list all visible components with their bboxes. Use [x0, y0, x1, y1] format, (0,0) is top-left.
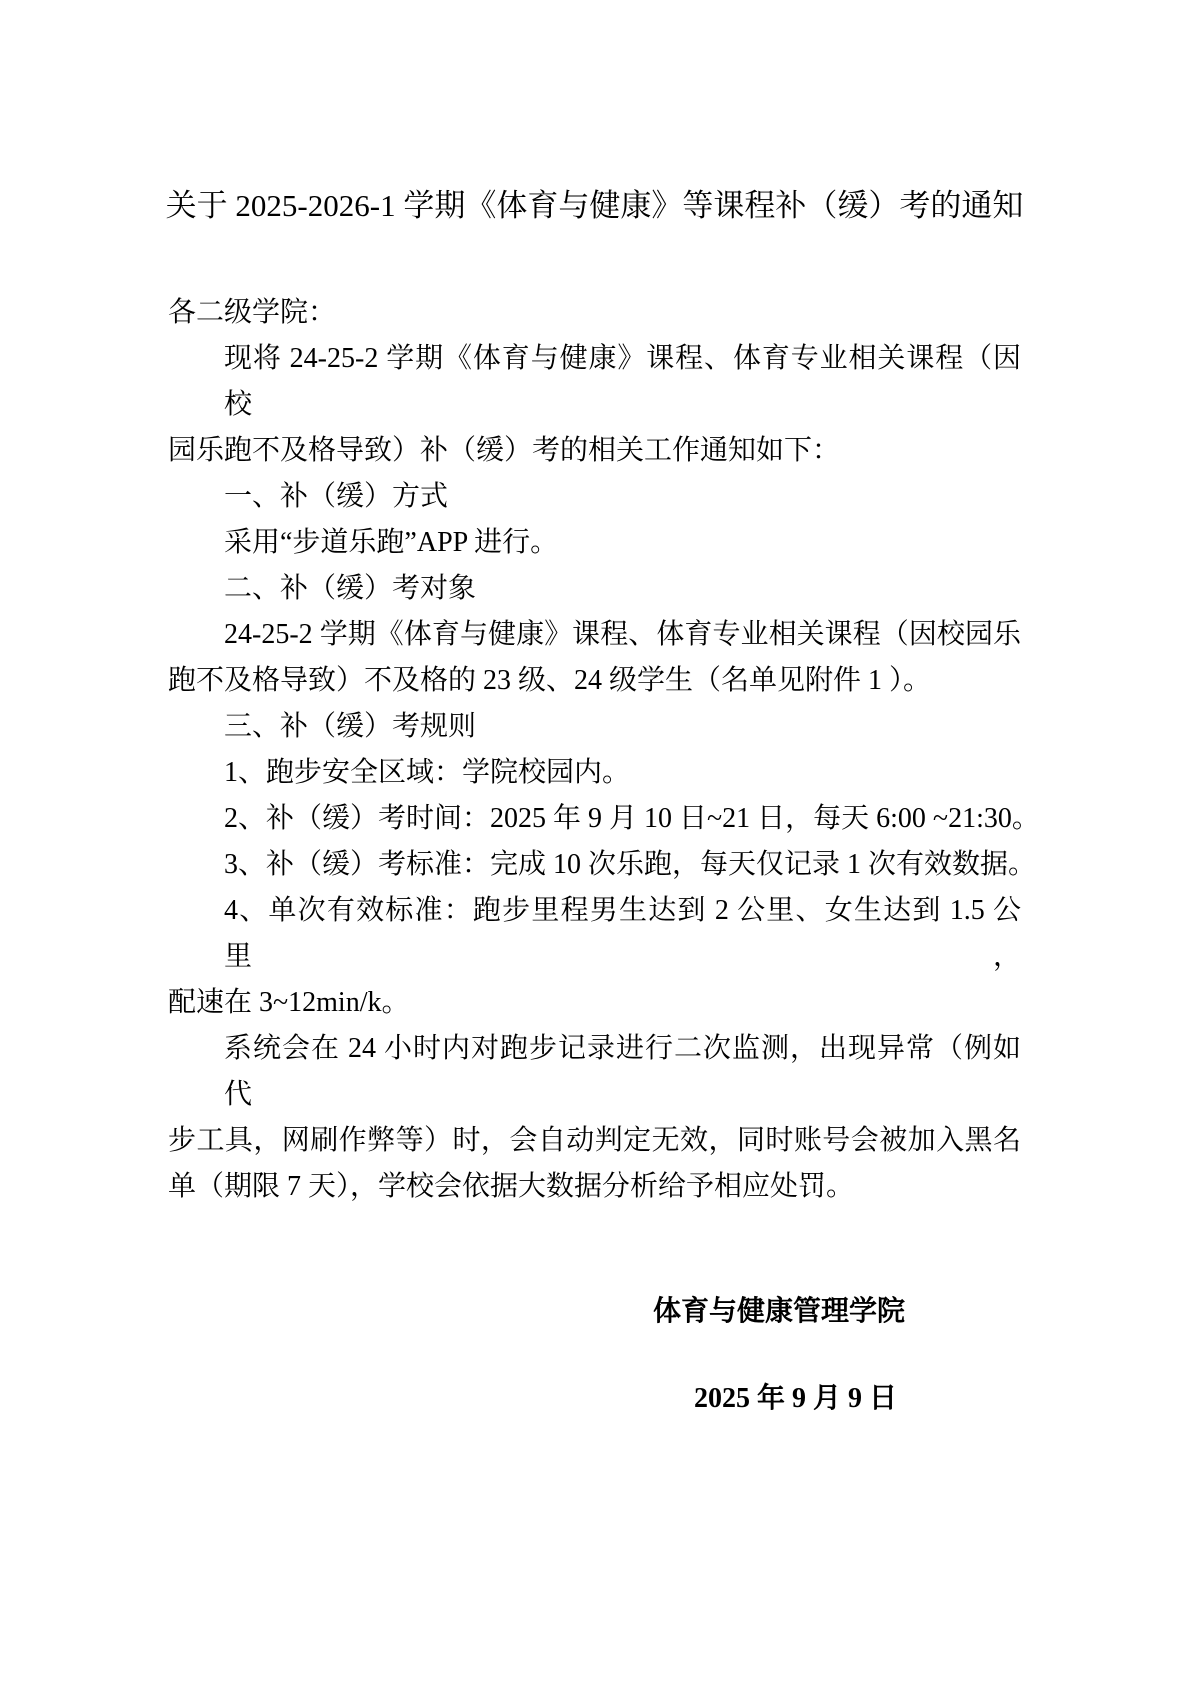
body-line: 1、跑步安全区域：学院校园内。 — [168, 750, 1021, 796]
signature-department: 体育与健康管理学院 — [168, 1288, 1021, 1334]
signature-date: 2025 年 9 月 9 日 — [168, 1376, 1021, 1422]
body-line: 三、补（缓）考规则 — [168, 704, 1021, 750]
document-title: 关于 2025-2026-1 学期《体育与健康》等课程补（缓）考的通知 — [138, 178, 1051, 234]
body-line: 一、补（缓）方式 — [168, 474, 1021, 520]
body-line: 单（期限 7 天），学校会依据大数据分析给予相应处罚。 — [168, 1164, 1021, 1210]
body-line: 3、补（缓）考标准：完成 10 次乐跑，每天仅记录 1 次有效数据。 — [168, 842, 1021, 888]
body-line: 各二级学院： — [168, 290, 1021, 336]
body-line: 4、单次有效标准：跑步里程男生达到 2 公里、女生达到 1.5 公里， — [168, 888, 1021, 980]
body-line: 系统会在 24 小时内对跑步记录进行二次监测，出现异常（例如代 — [168, 1026, 1021, 1118]
body-line: 配速在 3~12min/k。 — [168, 980, 1021, 1026]
body-line: 步工具，网刷作弊等）时，会自动判定无效，同时账号会被加入黑名 — [168, 1118, 1021, 1164]
body-line: 现将 24-25-2 学期《体育与健康》课程、体育专业相关课程（因校 — [168, 336, 1021, 428]
body-line: 跑不及格导致）不及格的 23 级、24 级学生（名单见附件 1 ）。 — [168, 658, 1021, 704]
body-line: 2、补（缓）考时间：2025 年 9 月 10 日~21 日，每天 6:00 ~… — [168, 796, 1021, 842]
document-body: 各二级学院：现将 24-25-2 学期《体育与健康》课程、体育专业相关课程（因校… — [168, 290, 1021, 1210]
body-line: 24-25-2 学期《体育与健康》课程、体育专业相关课程（因校园乐 — [168, 612, 1021, 658]
body-line: 二、补（缓）考对象 — [168, 566, 1021, 612]
document-page: 关于 2025-2026-1 学期《体育与健康》等课程补（缓）考的通知 各二级学… — [0, 0, 1191, 1684]
body-line: 采用“步道乐跑”APP 进行。 — [168, 520, 1021, 566]
body-line: 园乐跑不及格导致）补（缓）考的相关工作通知如下： — [168, 428, 1021, 474]
